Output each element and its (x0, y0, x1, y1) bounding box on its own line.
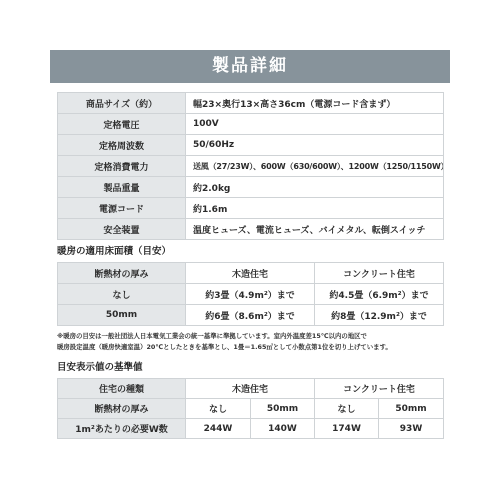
table-cell: 50mm (379, 399, 444, 419)
reference-values-heading: 目安表示値の基準値 (57, 359, 143, 373)
table-row: 定格周波数 50/60Hz (58, 135, 444, 156)
table-row: 住宅の種類 木造住宅 コンクリート住宅 (58, 379, 444, 399)
row-label: 50mm (58, 305, 186, 326)
table-row: 定格消費電力 送風（27/23W）、600W（630/600W）、1200W（1… (58, 156, 444, 177)
row-label: なし (58, 284, 186, 305)
reference-values-table: 住宅の種類 木造住宅 コンクリート住宅 断熱材の厚み なし 50mm なし 50… (57, 378, 444, 439)
table-row: 安全装置 温度ヒューズ、電流ヒューズ、バイメタル、転倒スイッチ (58, 219, 444, 240)
page-title-banner: 製品詳細 (50, 50, 450, 83)
row-label: 断熱材の厚み (58, 399, 186, 419)
table-row: 電源コード 約1.6m (58, 198, 444, 219)
table-header-row: 断熱材の厚み 木造住宅 コンクリート住宅 (58, 263, 444, 284)
table-row: 1m²あたりの必要W数 244W 140W 174W 93W (58, 419, 444, 439)
table-row: 50mm 約6畳（8.6m²）まで 約8畳（12.9m²）まで (58, 305, 444, 326)
spec-value: 50/60Hz (186, 135, 444, 156)
spec-label: 電源コード (58, 198, 186, 219)
spec-label: 製品重量 (58, 177, 186, 198)
footnote-line: ※暖房の目安は一般社団法人日本電気工業会の統一基準に準拠しています。室内外温度差… (57, 331, 447, 342)
row-label: 住宅の種類 (58, 379, 186, 399)
column-header: コンクリート住宅 (315, 379, 444, 399)
heating-area-heading: 暖房の適用床面積（目安） (57, 243, 171, 257)
table-cell: なし (315, 399, 379, 419)
spec-label: 安全装置 (58, 219, 186, 240)
page-title: 製品詳細 (212, 56, 288, 76)
table-row: 商品サイズ（約） 幅23×奥行13×高さ36cm（電源コード含まず） (58, 93, 444, 114)
table-cell: 244W (186, 419, 251, 439)
spec-label: 定格消費電力 (58, 156, 186, 177)
heating-area-table: 断熱材の厚み 木造住宅 コンクリート住宅 なし 約3畳（4.9m²）まで 約4.… (57, 262, 444, 326)
table-cell: 174W (315, 419, 379, 439)
spec-value: 温度ヒューズ、電流ヒューズ、バイメタル、転倒スイッチ (186, 219, 444, 240)
table-cell: 140W (251, 419, 315, 439)
table-row: 定格電圧 100V (58, 114, 444, 135)
table-cell: 約3畳（4.9m²）まで (186, 284, 315, 305)
column-header: 木造住宅 (186, 263, 315, 284)
spec-label: 商品サイズ（約） (58, 93, 186, 114)
footnote-line: 暖房設定温度（暖房快適室温）20℃としたときを基準とし、1畳＝1.65㎡として小… (57, 342, 447, 353)
column-header: 木造住宅 (186, 379, 315, 399)
table-cell: 約8畳（12.9m²）まで (315, 305, 444, 326)
table-row: 製品重量 約2.0kg (58, 177, 444, 198)
table-row: 断熱材の厚み なし 50mm なし 50mm (58, 399, 444, 419)
table-cell: 93W (379, 419, 444, 439)
column-header: 断熱材の厚み (58, 263, 186, 284)
spec-value: 100V (186, 114, 444, 135)
spec-value: 約2.0kg (186, 177, 444, 198)
table-cell: なし (186, 399, 251, 419)
spec-value: 約1.6m (186, 198, 444, 219)
row-label: 1m²あたりの必要W数 (58, 419, 186, 439)
spec-table: 商品サイズ（約） 幅23×奥行13×高さ36cm（電源コード含まず） 定格電圧 … (57, 92, 444, 240)
table-row: なし 約3畳（4.9m²）まで 約4.5畳（6.9m²）まで (58, 284, 444, 305)
spec-value: 送風（27/23W）、600W（630/600W）、1200W（1250/115… (186, 156, 444, 177)
spec-label: 定格電圧 (58, 114, 186, 135)
column-header: コンクリート住宅 (315, 263, 444, 284)
spec-value: 幅23×奥行13×高さ36cm（電源コード含まず） (186, 93, 444, 114)
table-cell: 約6畳（8.6m²）まで (186, 305, 315, 326)
spec-label: 定格周波数 (58, 135, 186, 156)
table-cell: 約4.5畳（6.9m²）まで (315, 284, 444, 305)
table-cell: 50mm (251, 399, 315, 419)
